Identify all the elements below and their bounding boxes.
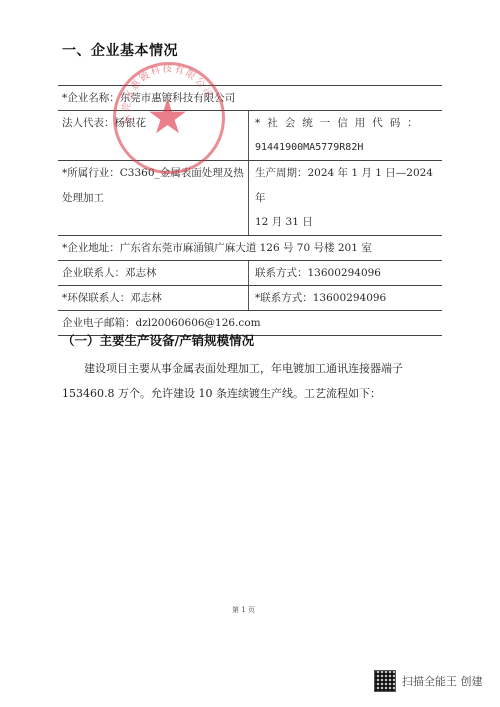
paragraph-line1: 建设项目主要从事金属表面处理加工，年电镀加工通讯连接器端子 <box>62 356 442 381</box>
qr-code-icon <box>374 670 396 692</box>
env-contact-person-cell: *环保联系人：邓志林 <box>58 286 248 310</box>
env-contact-phone-cell: *联系方式：13600294096 <box>248 286 442 310</box>
table-row-env-contact: *环保联系人：邓志林 *联系方式：13600294096 <box>58 285 442 310</box>
address-cell: *企业地址：广东省东莞市麻涌镇广麻大道 126 号 70 号楼 201 室 <box>58 236 442 260</box>
table-row-company-name: *企业名称：东莞市惠镀科技有限公司 <box>58 85 442 110</box>
credit-code-cell: *社会统一信用代码： 91441900MA5779R82H <box>248 111 442 160</box>
watermark-text: 扫描全能王 创建 <box>402 673 483 689</box>
industry-cell: *所属行业：C3360_金属表面处理及热 处理加工 <box>58 161 248 235</box>
industry-line1: *所属行业：C3360_金属表面处理及热 <box>62 161 244 186</box>
section-title-basic-info: 一、企业基本情况 <box>62 40 178 60</box>
legal-rep-blank <box>62 136 244 161</box>
production-period-cell: 生产周期：2024 年 1 月 1 日—2024 年 12 月 31 日 <box>248 161 442 235</box>
section-title-equipment: （一）主要生产设备/产销规模情况 <box>62 331 254 349</box>
credit-code-value: 91441900MA5779R82H <box>255 136 438 161</box>
company-name-cell: *企业名称：东莞市惠镀科技有限公司 <box>58 86 442 110</box>
contact-person-cell: 企业联系人：邓志林 <box>58 261 248 285</box>
scanner-watermark: 扫描全能王 创建 <box>374 670 483 692</box>
table-row-contact: 企业联系人：邓志林 联系方式：13600294096 <box>58 260 442 285</box>
table-row-address: *企业地址：广东省东莞市麻涌镇广麻大道 126 号 70 号楼 201 室 <box>58 235 442 260</box>
period-line1: 生产周期：2024 年 1 月 1 日—2024 年 <box>255 161 438 210</box>
legal-rep-text: 法人代表：杨银花 <box>62 111 244 136</box>
industry-line2: 处理加工 <box>62 186 244 211</box>
legal-rep-cell: 法人代表：杨银花 <box>58 111 248 160</box>
credit-code-label: *社会统一信用代码： <box>255 111 438 136</box>
company-info-table: *企业名称：东莞市惠镀科技有限公司 法人代表：杨银花 *社会统一信用代码： 91… <box>58 85 442 336</box>
period-line2: 12 月 31 日 <box>255 210 438 235</box>
table-row-industry: *所属行业：C3360_金属表面处理及热 处理加工 生产周期：2024 年 1 … <box>58 160 442 235</box>
page-number: 第 1 页 <box>232 605 255 615</box>
equipment-paragraph: 建设项目主要从事金属表面处理加工，年电镀加工通讯连接器端子 153460.8 万… <box>62 356 442 406</box>
table-row-legal-rep: 法人代表：杨银花 *社会统一信用代码： 91441900MA5779R82H <box>58 110 442 160</box>
paragraph-line2: 153460.8 万个。允许建设 10 条连续镀生产线。工艺流程如下： <box>62 381 442 406</box>
contact-phone-cell: 联系方式：13600294096 <box>248 261 442 285</box>
